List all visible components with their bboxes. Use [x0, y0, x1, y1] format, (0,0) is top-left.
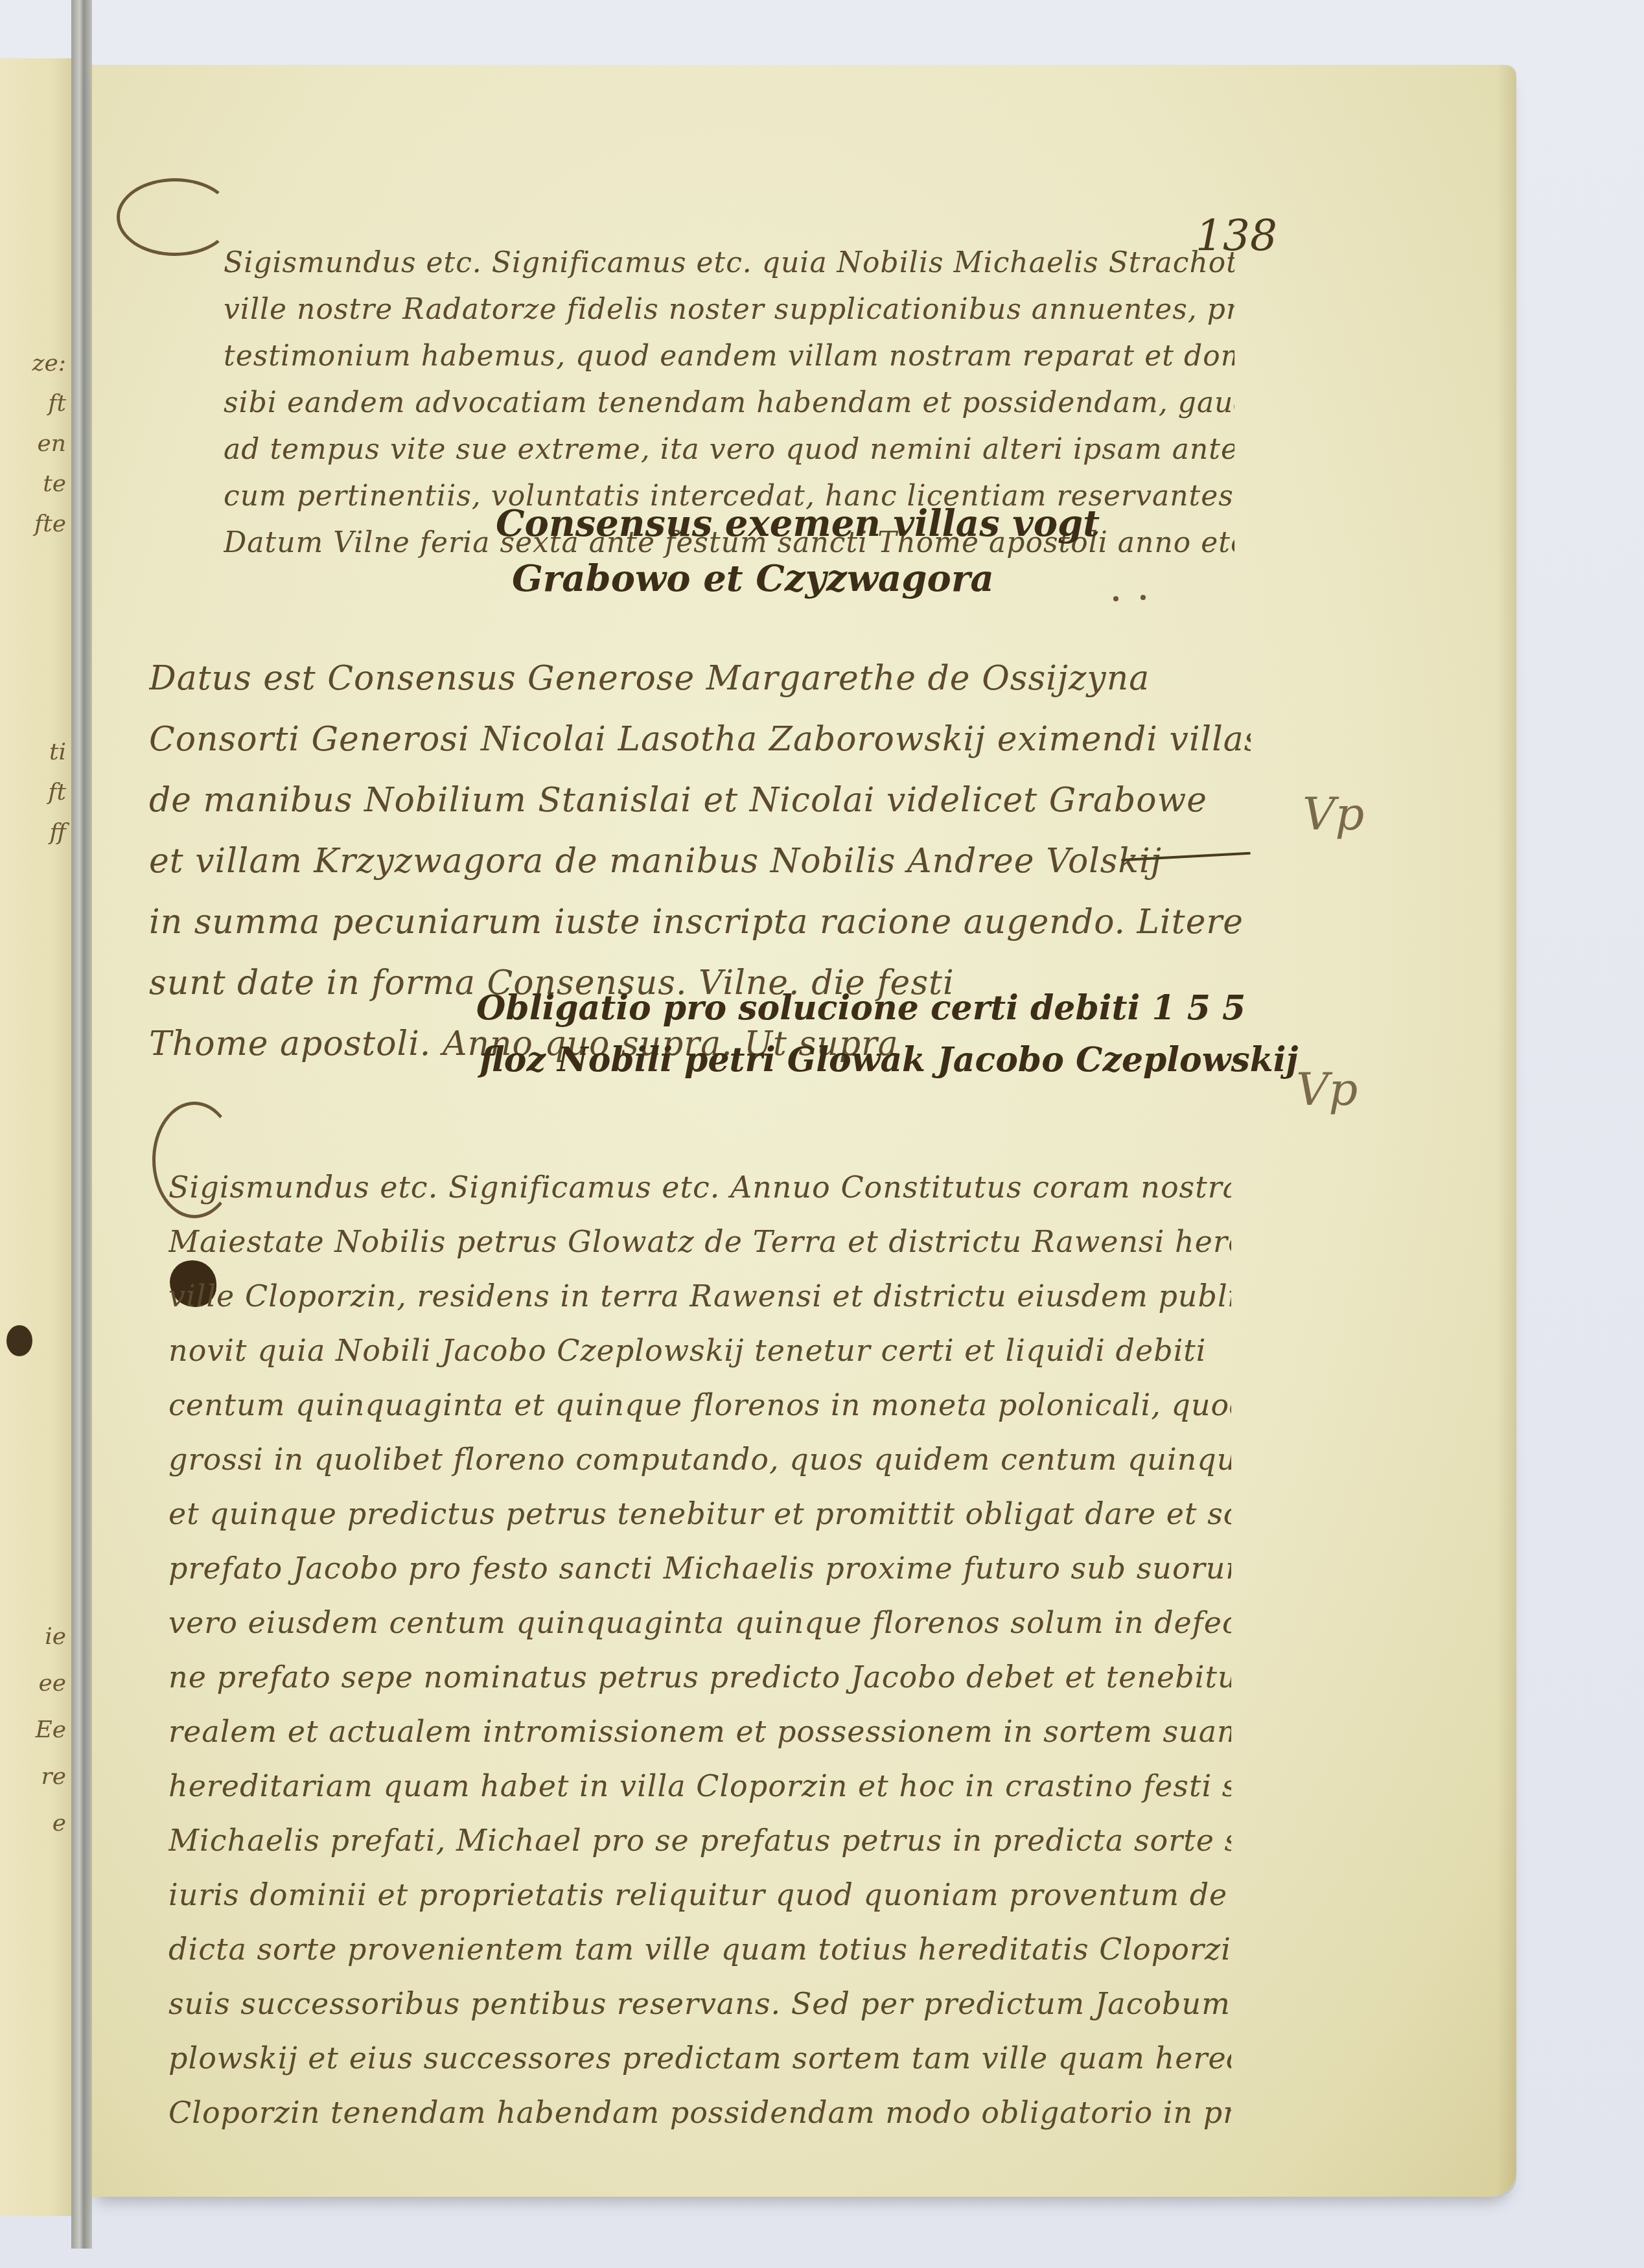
text-line: ville nostre Radatorze fidelis noster su… — [224, 286, 1234, 333]
text-line: novit quia Nobili Jacobo Czeplowskij ten… — [168, 1323, 1231, 1378]
section-heading-1-line-2: Grabowo et Czyzwagora — [512, 557, 994, 600]
ink-dot — [1140, 595, 1146, 600]
text-line: prefato Jacobo pro festo sancti Michaeli… — [168, 1541, 1231, 1595]
text-line: Consorti Generosi Nicolai Lasotha Zaboro… — [149, 709, 1251, 770]
left-page-text-fragments-2: ti ft ff — [0, 732, 71, 853]
text-line: Sigismundus etc. Significamus etc. quia … — [224, 240, 1234, 286]
text-line: Sigismundus etc. Significamus etc. Annuo… — [168, 1160, 1231, 1214]
text-line: ville Cloporzin, residens in terra Rawen… — [168, 1269, 1231, 1323]
text-line: ne prefato sepe nominatus petrus predict… — [168, 1650, 1231, 1704]
book-gutter — [71, 0, 92, 2249]
text-line: de manibus Nobilium Stanislai et Nicolai… — [149, 770, 1251, 831]
text-line: iuris dominii et proprietatis reliquitur… — [168, 1868, 1231, 1922]
text-line: suis successoribus pentibus reservans. S… — [168, 1976, 1231, 2031]
paragraph-3: Sigismundus etc. Significamus etc. Annuo… — [168, 1160, 1231, 2140]
fragment: Ee — [0, 1707, 71, 1753]
fragment: fte — [0, 504, 71, 544]
text-line: Datus est Consensus Generose Margarethe … — [149, 648, 1251, 709]
text-line: plowskij et eius successores predictam s… — [168, 2031, 1231, 2085]
text-line: sibi eandem advocatiam tenendam habendam… — [224, 380, 1234, 426]
margin-note-2: Vp — [1296, 1063, 1358, 1116]
left-facing-page: ze: ft en te fte ti ft ff ie ee Ee re e — [0, 58, 74, 2216]
text-line: hereditariam quam habet in villa Cloporz… — [168, 1759, 1231, 1813]
text-line: realem et actualem intromissionem et pos… — [168, 1704, 1231, 1759]
text-line: et quinque predictus petrus tenebitur et… — [168, 1487, 1231, 1541]
section-heading-2-line-2: floz Nobili petri Glowak Jacobo Czeplows… — [480, 1040, 1298, 1080]
text-line: grossi in quolibet floreno computando, q… — [168, 1432, 1231, 1487]
fragment: ze: — [0, 343, 71, 384]
section-heading-2-line-1: Obligatio pro solucione certi debiti 1 5… — [476, 988, 1245, 1028]
text-line: Michaelis prefati, Michael pro se prefat… — [168, 1813, 1231, 1868]
text-line: et villam Krzyzwagora de manibus Nobilis… — [149, 831, 1251, 892]
left-page-text-fragments-3: ie ee Ee re e — [0, 1614, 71, 1847]
fragment: ie — [0, 1614, 71, 1660]
fragment: en — [0, 424, 71, 464]
ink-blot-left-page — [6, 1325, 32, 1356]
fragment: ee — [0, 1660, 71, 1707]
left-page-text-fragments: ze: ft en te fte — [0, 343, 71, 544]
text-line: testimonium habemus, quod eandem villam … — [224, 333, 1234, 380]
fragment: e — [0, 1800, 71, 1847]
section-heading-1-line-1: Consensus exemen villas vogt — [496, 502, 1100, 545]
fragment: ff — [0, 813, 71, 853]
fragment: ft — [0, 772, 71, 813]
text-line: ad tempus vite sue extreme, ita vero quo… — [224, 426, 1234, 473]
text-line: in summa pecuniarum iuste inscripta raci… — [149, 892, 1251, 953]
text-line: vero eiusdem centum quinquaginta quinque… — [168, 1595, 1231, 1650]
text-line: centum quinquaginta et quinque florenos … — [168, 1378, 1231, 1432]
fragment: ti — [0, 732, 71, 772]
decorative-initial-s — [117, 178, 233, 256]
fragment: ft — [0, 384, 71, 424]
ink-dot — [1113, 596, 1118, 601]
text-line: dicta sorte provenientem tam ville quam … — [168, 1922, 1231, 1976]
text-line: Cloporzin tenendam habendam possidendam … — [168, 2085, 1231, 2140]
text-line: Maiestate Nobilis petrus Glowatz de Terr… — [168, 1214, 1231, 1269]
margin-note-1: Vp — [1302, 787, 1364, 840]
fragment: re — [0, 1753, 71, 1800]
fragment: te — [0, 464, 71, 504]
